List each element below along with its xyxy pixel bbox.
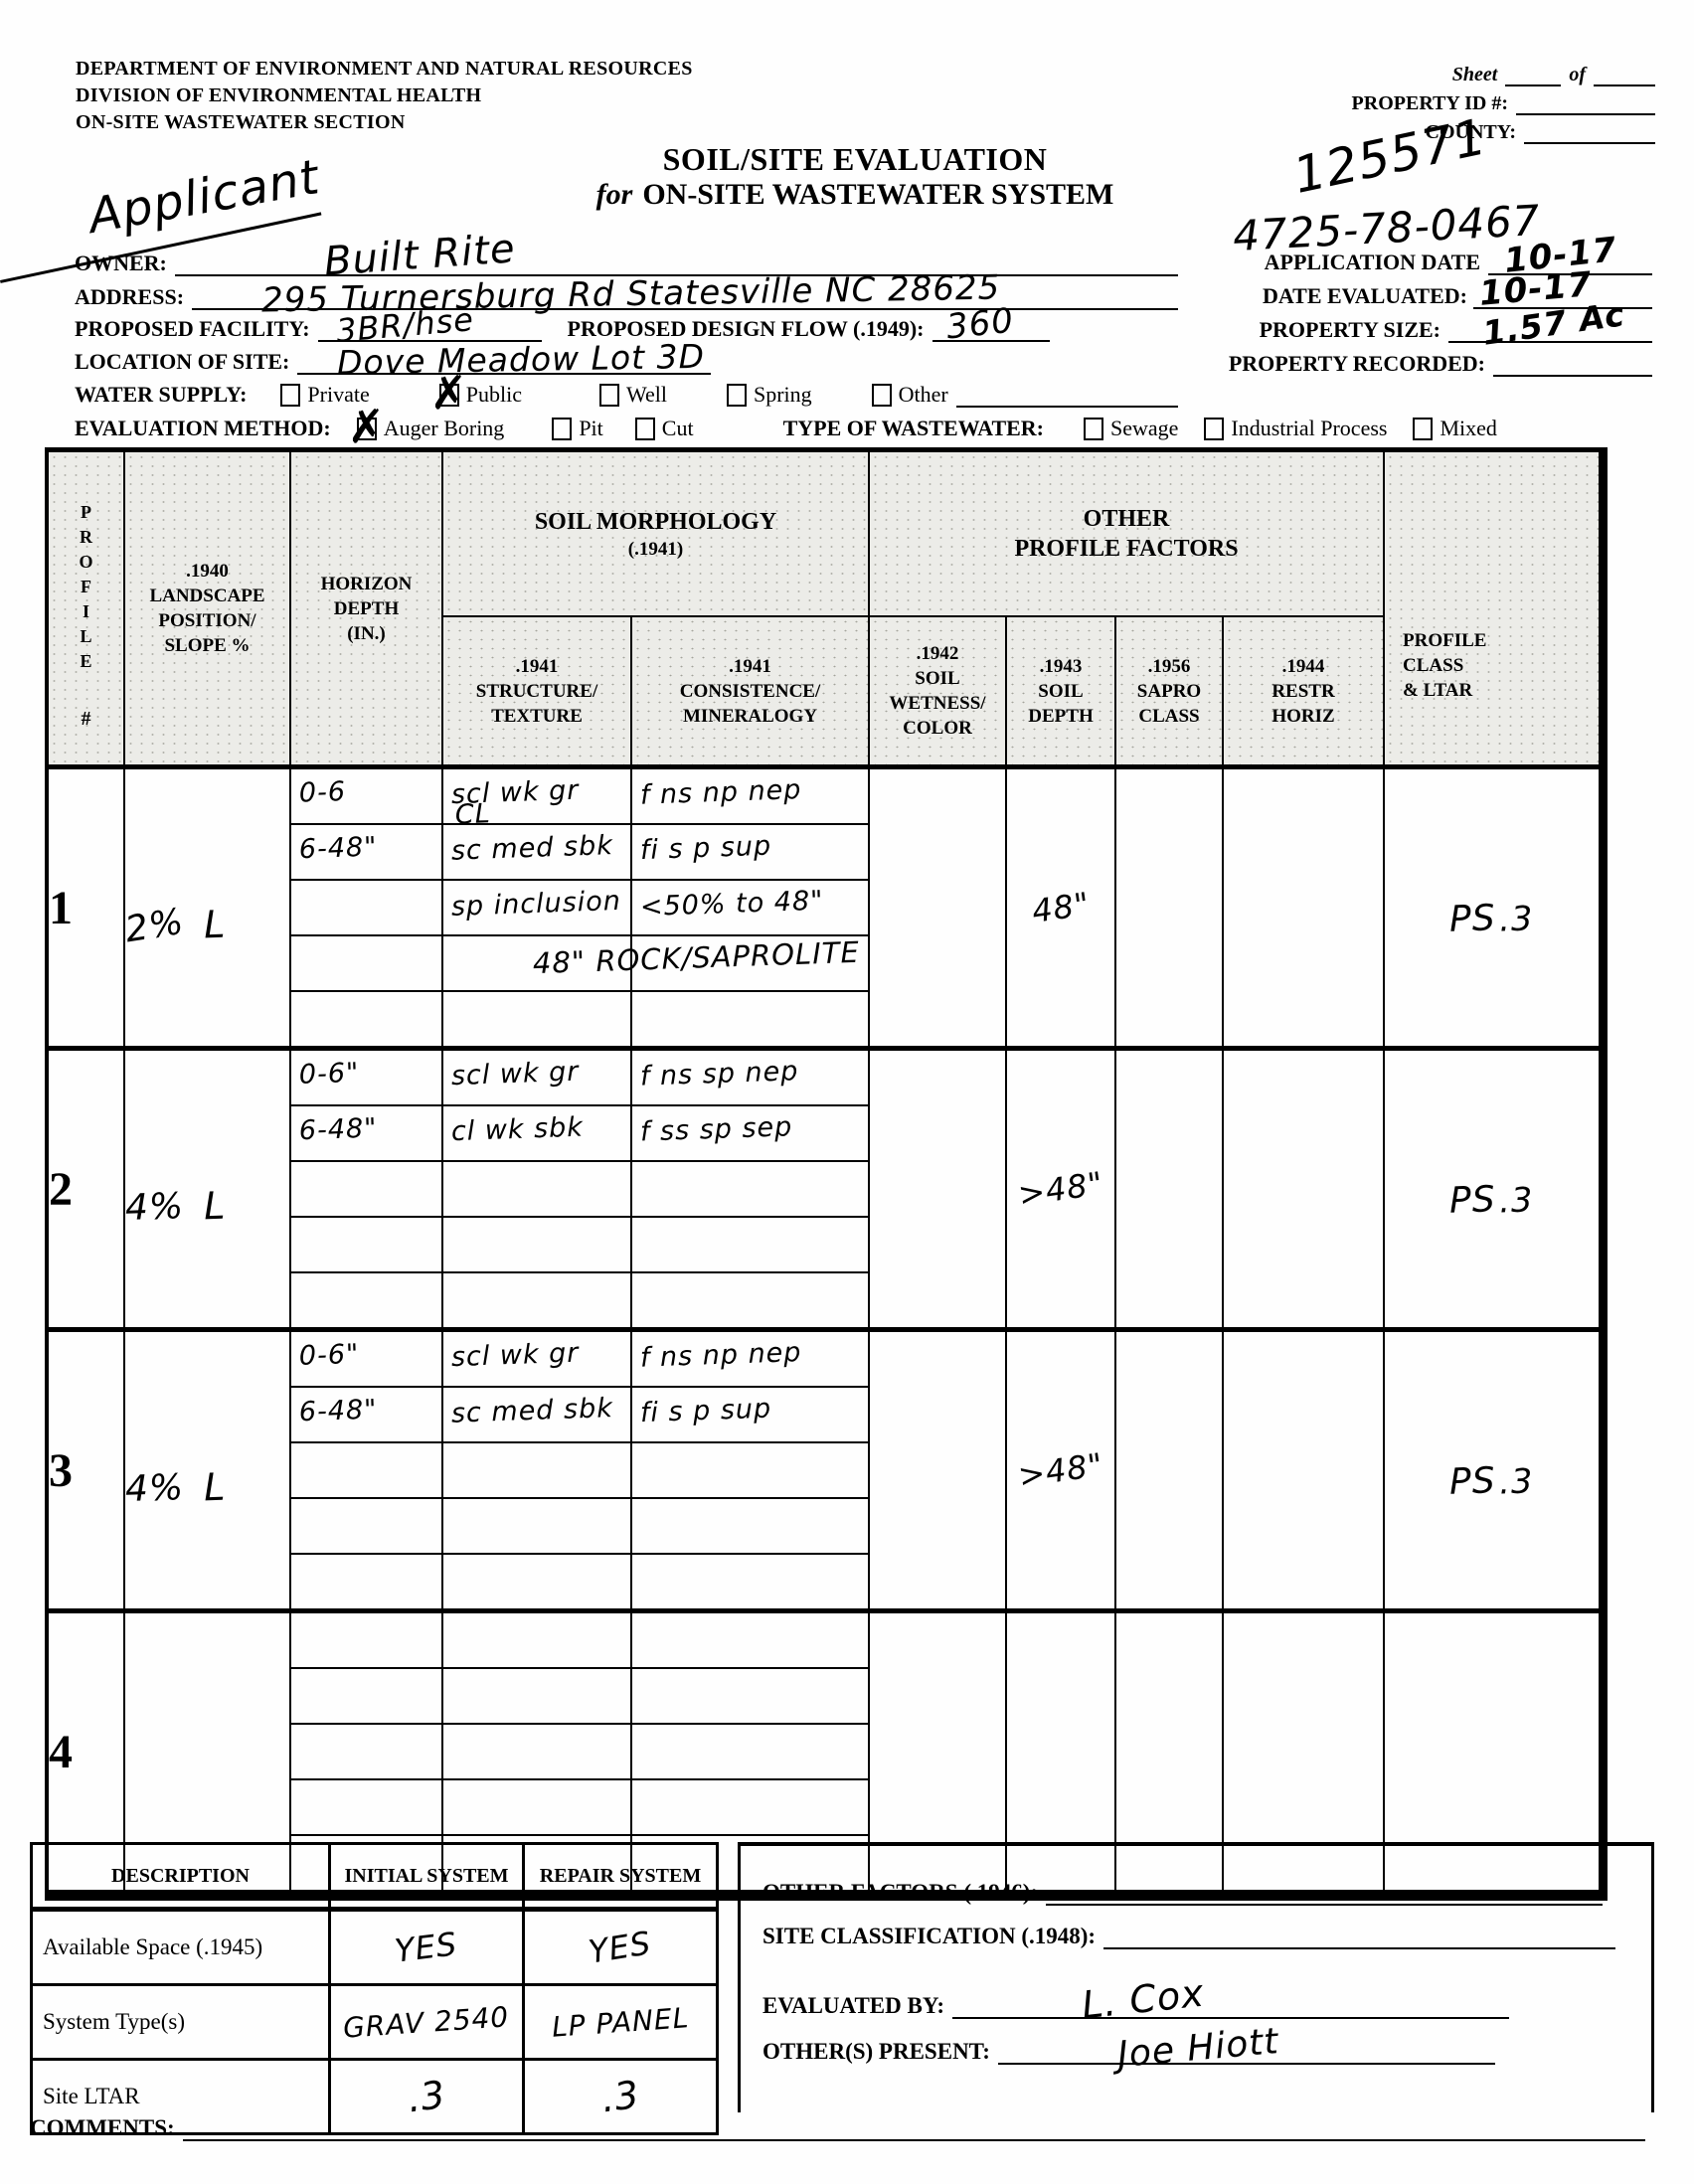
checkbox-ww-industrial: Industrial Process: [1204, 416, 1387, 441]
evaluation-signoff-box: OTHER FACTORS (.1946): SITE CLASSIFICATI…: [738, 1842, 1654, 2112]
consistence-value: fi s p sup: [631, 830, 772, 874]
header-horizon-depth: HORIZON DEPTH (IN.): [290, 450, 442, 767]
horizon-depth-cell: [290, 1779, 442, 1835]
form-title-line2: forON-SITE WASTEWATER SYSTEM: [497, 178, 1213, 212]
profile-class-cell: PS .3: [1384, 1049, 1603, 1330]
profile-ltar-value: .3: [1499, 1461, 1535, 1502]
consistence-value: [632, 1522, 640, 1530]
checkbox-water-spring: Spring: [727, 382, 812, 408]
value: GRAV 2540: [342, 2000, 510, 2045]
others-present-label: OTHER(S) PRESENT:: [762, 2039, 990, 2065]
sheet-of-label: of: [1569, 64, 1586, 86]
county-line: [1524, 118, 1655, 144]
horizon-depth-cell: 0-6": [290, 1049, 442, 1106]
horizon-depth-cell: [290, 1724, 442, 1779]
consistence-cell: [631, 1498, 869, 1554]
horizon-depth-cell: [290, 1668, 442, 1724]
water-supply-row: WATER SUPPLY: Private ✗ Public Well Spri…: [75, 382, 1178, 408]
horizon-depth-value: 6-48": [290, 1112, 378, 1154]
header-restrictive-horizon: .1944 RESTR HORIZ: [1223, 616, 1384, 766]
checkbox-water-public: ✗ Public: [439, 382, 522, 408]
others-present-row: OTHER(S) PRESENT: Joe Hiott: [762, 2033, 1615, 2065]
structure-cell: [442, 1668, 631, 1724]
comments-line: [183, 2113, 1645, 2141]
horizon-depth-value: [291, 1015, 299, 1023]
right-info-block: APPLICATION DATE 10-17 DATE EVALUATED: 1…: [1143, 242, 1652, 377]
other-factors-label: OTHER FACTORS (.1946):: [762, 1880, 1038, 1906]
structure-value: sc med sbk: [442, 830, 613, 875]
header-text: POSITION/: [125, 608, 289, 633]
available-space-initial: YES: [330, 1910, 524, 1985]
title-main-words: ON-SITE WASTEWATER SYSTEM: [642, 178, 1113, 211]
header-text: .1941: [443, 654, 630, 679]
header-text: MINERALOGY: [632, 704, 868, 729]
structure-note: CL: [446, 798, 491, 839]
structure-cell: [442, 991, 631, 1049]
soil-depth-cell: >48": [1006, 1049, 1115, 1330]
property-recorded-line: [1493, 351, 1652, 377]
header-text: (IN.): [291, 621, 441, 646]
header-soil-wetness-color: .1942 SOIL WETNESS/ COLOR: [869, 616, 1006, 766]
header-text: .1944: [1224, 654, 1383, 679]
soil-wetness-cell: [869, 1049, 1006, 1330]
structure-value: [443, 1578, 451, 1586]
landscape-cell: 4% L: [124, 1330, 290, 1611]
owner-row: OWNER: Built Rite: [75, 245, 1178, 276]
consistence-value: [632, 1803, 640, 1811]
structure-cell: [442, 1779, 631, 1835]
structure-cell: [442, 1161, 631, 1217]
horizon-depth-cell: 0-6": [290, 1330, 442, 1388]
consistence-value: [632, 959, 640, 967]
header-soil-depth: .1943 SOIL DEPTH: [1006, 616, 1115, 766]
checkbox-ww-sewage: Sewage: [1084, 416, 1178, 441]
profile-letter: P: [49, 500, 123, 525]
available-space-row: Available Space (.1945) YES YES: [32, 1910, 718, 1985]
soil-wetness-cell: [869, 767, 1006, 1049]
structure-value: [443, 1296, 451, 1304]
landscape-position-value: L: [203, 1465, 227, 1510]
horizon-depth-value: [291, 1803, 299, 1811]
agency-line-2: DIVISION OF ENVIRONMENTAL HEALTH: [76, 83, 693, 109]
structure-cell: [442, 1554, 631, 1611]
sapro-class-cell: [1115, 767, 1223, 1049]
structure-value: sc med sbk: [442, 1393, 613, 1437]
header-soil-morphology-group: SOIL MORPHOLOGY (.1941): [442, 450, 869, 617]
restrictive-horizon-cell: [1223, 1330, 1384, 1611]
profile-ltar-value: .3: [1499, 1180, 1535, 1221]
consistence-value: [632, 1748, 640, 1756]
profile-hash: #: [49, 708, 123, 731]
consistence-cell: <50% to 48": [631, 880, 869, 935]
header-text: SOIL MORPHOLOGY: [443, 507, 868, 537]
header-text: DEPTH: [291, 596, 441, 621]
landscape-position-value: L: [203, 903, 227, 947]
consistence-value: fi s p sup: [631, 1393, 772, 1436]
header-landscape: .1940 LANDSCAPE POSITION/ SLOPE %: [124, 450, 290, 767]
header-text: SLOPE %: [125, 633, 289, 658]
consistence-value: [632, 1015, 640, 1023]
checkbox-icon: ✗: [439, 384, 459, 407]
summary-col-initial: INITIAL SYSTEM: [330, 1844, 524, 1910]
consistence-cell: [631, 1554, 869, 1611]
checkbox-icon: ✗: [357, 418, 377, 440]
profile-letter: O: [49, 550, 123, 575]
evaluation-method-row: EVALUATION METHOD: ✗ Auger Boring Pit Cu…: [75, 416, 1635, 441]
structure-cell: sp inclusion: [442, 880, 631, 935]
horizon-depth-value: [291, 1692, 299, 1700]
horizon-depth-value: 6-48": [290, 1394, 378, 1435]
wastewater-type-label: TYPE OF WASTEWATER:: [783, 416, 1044, 441]
header-text: SAPRO: [1116, 679, 1222, 704]
checkbox-label: Well: [626, 382, 667, 408]
horizon-depth-value: 6-48": [290, 831, 378, 873]
checkbox-label: Other: [899, 382, 948, 408]
system-type-label: System Type(s): [32, 1985, 330, 2060]
horizon-depth-cell: [290, 880, 442, 935]
other-factors-line: [1046, 1874, 1603, 1906]
header-text: DEPTH: [1007, 704, 1114, 729]
design-flow-value: 360: [944, 301, 1016, 348]
header-text: HORIZON: [291, 572, 441, 596]
location-value: Dove Meadow Lot 3D: [337, 337, 706, 382]
landscape-position-value: L: [203, 1184, 227, 1229]
profile-class-value: PS: [1448, 1179, 1496, 1222]
horizon-depth-cell: [290, 1611, 442, 1669]
checkbox-label: Mixed: [1440, 416, 1496, 441]
checkbox-label: Cut: [662, 416, 694, 441]
header-profile-number: P R O F I L E #: [47, 450, 124, 767]
value: LP PANEL: [551, 2001, 690, 2044]
profile-letter: R: [49, 525, 123, 550]
evaluated-by-value: L. Cox: [1080, 1971, 1207, 2028]
summary-col-repair: REPAIR SYSTEM: [524, 1844, 718, 1910]
property-recorded-row: PROPERTY RECORDED:: [1143, 343, 1652, 377]
header-text: CONSISTENCE/: [632, 679, 868, 704]
soil-profile-table: P R O F I L E # .1940 LANDSCAPE POSITION…: [45, 447, 1608, 1901]
horizon-depth-cell: 6-48": [290, 1105, 442, 1161]
horizon-depth-cell: [290, 1161, 442, 1217]
structure-cell: scl wk gr: [442, 1330, 631, 1388]
sapro-class-cell: [1115, 1330, 1223, 1611]
header-structure-texture: .1941 STRUCTURE/ TEXTURE: [442, 616, 631, 766]
horizon-depth-cell: [290, 1554, 442, 1611]
structure-cell: [442, 1498, 631, 1554]
address-label: ADDRESS:: [75, 284, 184, 310]
horizon-depth-value: [291, 1578, 299, 1586]
structure-value: cl wk sbk: [442, 1111, 584, 1155]
checkbox-label: Sewage: [1110, 416, 1178, 441]
header-text: PROFILE FACTORS: [870, 534, 1383, 564]
horizon-depth-value: 0-6": [290, 1338, 360, 1379]
profile-letter: L: [49, 624, 123, 649]
consistence-cell: [631, 1272, 869, 1330]
header-other-profile-factors-group: OTHER PROFILE FACTORS: [869, 450, 1384, 617]
summary-header-row: DESCRIPTION INITIAL SYSTEM REPAIR SYSTEM: [32, 1844, 718, 1910]
checkbox-label: Spring: [754, 382, 812, 408]
horizon-depth-value: [291, 1748, 299, 1756]
consistence-cell: [631, 1611, 869, 1669]
horizon-depth-value: 0-6: [290, 776, 346, 817]
profile-class-cell: PS .3: [1384, 1330, 1603, 1611]
soil-depth-value: >48": [1016, 1164, 1106, 1214]
profile-number: 2: [47, 1049, 124, 1330]
structure-value: [443, 1748, 451, 1756]
horizon-depth-value: [291, 1466, 299, 1474]
header-text: (.1941): [443, 537, 868, 562]
structure-cell: [442, 1272, 631, 1330]
header-text: COLOR: [870, 716, 1005, 741]
sheet-label: Sheet: [1452, 64, 1498, 86]
horizon-depth-value: [291, 904, 299, 912]
consistence-cell: fi s p sup: [631, 1387, 869, 1442]
consistence-cell: [631, 1442, 869, 1498]
consistence-cell: f ns np nep: [631, 1330, 869, 1388]
profile-ltar-value: .3: [1499, 899, 1535, 939]
soil-depth-value: 48": [1029, 885, 1092, 930]
structure-value: [443, 1803, 451, 1811]
landscape-cell: 2% L: [124, 767, 290, 1049]
header-text: HORIZ: [1224, 704, 1383, 729]
consistence-cell: [631, 1668, 869, 1724]
sheet-number-line: [1505, 61, 1561, 86]
horizon-depth-value: 0-6": [290, 1057, 360, 1097]
soil-site-evaluation-form: DEPARTMENT OF ENVIRONMENT AND NATURAL RE…: [0, 0, 1694, 2184]
header-text: .1940: [125, 559, 289, 584]
comments-row: COMMENTS:: [30, 2113, 1645, 2141]
header-text: .1941: [632, 654, 868, 679]
property-recorded-label: PROPERTY RECORDED:: [1229, 351, 1485, 377]
soil-depth-cell: 48": [1006, 767, 1115, 1049]
consistence-value: [632, 1578, 640, 1586]
available-space-label: Available Space (.1945): [32, 1910, 330, 1985]
consistence-value: [632, 1692, 640, 1700]
structure-value: [443, 1636, 451, 1644]
checkbox-label: Industrial Process: [1231, 416, 1387, 441]
header-consistence-mineralogy: .1941 CONSISTENCE/ MINERALOGY: [631, 616, 869, 766]
header-text: & LTAR: [1403, 678, 1599, 703]
site-classification-line: [1103, 1918, 1615, 1949]
handwritten-applicant-note: Applicant: [85, 149, 324, 245]
structure-cell: [442, 1442, 631, 1498]
profile-class-value: PS: [1448, 898, 1496, 940]
value: YES: [393, 1925, 459, 1969]
consistence-cell: f ns sp nep: [631, 1049, 869, 1106]
header-text: OTHER: [870, 504, 1383, 534]
horizon-depth-value: [291, 1636, 299, 1644]
header-text: .1942: [870, 641, 1005, 666]
value: YES: [587, 1924, 654, 1970]
checkbox-water-other: Other: [872, 382, 948, 408]
location-line: Dove Meadow Lot 3D: [297, 343, 711, 375]
header-text: .1956: [1116, 654, 1222, 679]
header-text: LANDSCAPE: [125, 584, 289, 608]
slope-value: 4%: [124, 1186, 185, 1229]
header-text: SOIL: [870, 666, 1005, 691]
checkbox-icon: [1413, 418, 1433, 440]
property-size-line: 1.57 Ac: [1448, 317, 1652, 343]
structure-cell: cl wk sbk: [442, 1105, 631, 1161]
header-text: RESTR: [1224, 679, 1383, 704]
profile-letter: F: [49, 575, 123, 599]
consistence-value: f ns np nep: [631, 774, 802, 819]
header-text: .1943: [1007, 654, 1114, 679]
address-line: 295 Turnersburg Rd Statesville NC 28625: [192, 278, 1178, 310]
restrictive-horizon-cell: [1223, 1049, 1384, 1330]
consistence-cell: [631, 1724, 869, 1779]
property-size-row: PROPERTY SIZE: 1.57 Ac: [1143, 309, 1652, 343]
consistence-value: [632, 1466, 640, 1474]
horizon-depth-cell: [290, 1272, 442, 1330]
others-present-value: Joe Hiott: [1115, 2021, 1280, 2076]
checkbox-method-auger: ✗ Auger Boring: [357, 416, 505, 441]
profile-4-block: 4: [47, 1611, 1603, 1669]
checkbox-icon: [599, 384, 619, 407]
profile-number: 3: [47, 1330, 124, 1611]
property-size-label: PROPERTY SIZE:: [1260, 317, 1440, 343]
check-x-mark: ✗: [346, 403, 387, 449]
owner-line: Built Rite: [175, 245, 1178, 276]
slope-value: 2%: [122, 902, 187, 951]
system-summary-table: DESCRIPTION INITIAL SYSTEM REPAIR SYSTEM…: [30, 1842, 719, 2135]
consistence-value: f ns np nep: [631, 1337, 802, 1382]
structure-value: [443, 1522, 451, 1530]
checkbox-icon: [280, 384, 300, 407]
structure-value: [443, 1692, 451, 1700]
profile-letter: E: [49, 649, 123, 674]
owner-label: OWNER:: [75, 251, 167, 276]
profile-number: 1: [47, 767, 124, 1049]
soil-depth-value: >48": [1016, 1445, 1106, 1495]
consistence-value: f ns sp nep: [631, 1056, 799, 1100]
consistence-value: [632, 1636, 640, 1644]
structure-value: [443, 1241, 451, 1249]
proposed-facility-label: PROPOSED FACILITY:: [75, 316, 310, 342]
checkbox-label: Auger Boring: [384, 416, 505, 441]
agency-line-1: DEPARTMENT OF ENVIRONMENT AND NATURAL RE…: [76, 56, 693, 83]
header-sapro-class: .1956 SAPRO CLASS: [1115, 616, 1223, 766]
profile-class-cell: PS .3: [1384, 767, 1603, 1049]
property-id-line: [1516, 89, 1655, 115]
header-text: CLASS: [1116, 704, 1222, 729]
system-type-repair: LP PANEL: [524, 1985, 718, 2060]
others-present-line: Joe Hiott: [998, 2033, 1495, 2065]
consistence-cell: [631, 991, 869, 1049]
checkbox-icon: [727, 384, 747, 407]
form-title: SOIL/SITE EVALUATION forON-SITE WASTEWAT…: [497, 141, 1213, 212]
evaluated-by-line: L. Cox: [952, 1987, 1509, 2019]
header-text: WETNESS/: [870, 691, 1005, 716]
structure-cell: CL sc med sbk: [442, 824, 631, 880]
soil-wetness-cell: [869, 1330, 1006, 1611]
evaluated-by-row: EVALUATED BY: L. Cox: [762, 1987, 1615, 2019]
slope-value: 4%: [124, 1467, 185, 1510]
site-classification-row: SITE CLASSIFICATION (.1948):: [762, 1918, 1615, 1949]
structure-cell: [442, 1217, 631, 1272]
evaluated-by-label: EVALUATED BY:: [762, 1993, 944, 2019]
sapro-class-cell: [1115, 1049, 1223, 1330]
water-other-line: [956, 382, 1178, 408]
header-text: TEXTURE: [443, 704, 630, 729]
location-row: LOCATION OF SITE: Dove Meadow Lot 3D: [75, 343, 711, 375]
horizon-depth-cell: 0-6: [290, 767, 442, 825]
horizon-depth-cell: 6-48": [290, 824, 442, 880]
structure-cell: sc med sbk: [442, 1387, 631, 1442]
checkbox-icon: [872, 384, 892, 407]
form-title-line1: SOIL/SITE EVALUATION: [497, 141, 1213, 178]
soil-depth-cell: >48": [1006, 1330, 1115, 1611]
consistence-value: f ss sp sep: [631, 1111, 793, 1156]
checkbox-method-cut: Cut: [635, 416, 694, 441]
structure-value: scl wk gr: [442, 1056, 580, 1099]
horizon-depth-cell: 6-48": [290, 1387, 442, 1442]
structure-cell: [442, 1724, 631, 1779]
profile-letter: I: [49, 599, 123, 624]
profile-1-block: 1 2% L 0-6 scl wk gr f ns np nep 48" PS …: [47, 767, 1603, 825]
restrictive-horizon-cell: [1223, 767, 1384, 1049]
profile-2-block: 2 4% L 0-6" scl wk gr f ns sp nep >48" P…: [47, 1049, 1603, 1106]
location-label: LOCATION OF SITE:: [75, 349, 289, 375]
structure-value: sp inclusion: [442, 885, 621, 929]
available-space-repair: YES: [524, 1910, 718, 1985]
system-type-row: System Type(s) GRAV 2540 LP PANEL: [32, 1985, 718, 2060]
water-supply-label: WATER SUPPLY:: [75, 382, 247, 408]
header-text: PROFILE: [1403, 628, 1599, 653]
checkbox-icon: [1204, 418, 1224, 440]
horizon-depth-cell: [290, 935, 442, 991]
horizon-depth-cell: [290, 991, 442, 1049]
checkbox-ww-mixed: Mixed: [1413, 416, 1496, 441]
consistence-cell: [631, 1217, 869, 1272]
header-text: SOIL: [1007, 679, 1114, 704]
system-type-initial: GRAV 2540: [330, 1985, 524, 2060]
consistence-cell: [631, 1161, 869, 1217]
consistence-cell: f ns np nep: [631, 767, 869, 825]
horizon-depth-cell: [290, 1217, 442, 1272]
structure-value: scl wk gr: [442, 1337, 580, 1381]
checkbox-label: Public: [466, 382, 522, 408]
horizon-depth-value: [291, 1241, 299, 1249]
agency-header: DEPARTMENT OF ENVIRONMENT AND NATURAL RE…: [76, 56, 693, 136]
structure-value: [443, 1466, 451, 1474]
checkbox-icon: [1084, 418, 1103, 440]
horizon-depth-value: [291, 959, 299, 967]
checkbox-method-pit: Pit: [552, 416, 602, 441]
check-x-mark: ✗: [428, 369, 469, 416]
consistence-cell: f ss sp sep: [631, 1105, 869, 1161]
proposed-facility-line: 3BR/hse: [318, 310, 542, 342]
comments-label: COMMENTS:: [30, 2115, 175, 2141]
structure-cell: 48" ROCK/SAPROLITE: [442, 935, 631, 991]
design-flow-line: 360: [932, 310, 1050, 342]
evaluation-method-label: EVALUATION METHOD:: [75, 416, 331, 441]
sheet-row: Sheet of: [1302, 58, 1655, 86]
agency-line-3: ON-SITE WASTEWATER SECTION: [76, 109, 693, 136]
consistence-cell: fi s p sup: [631, 824, 869, 880]
header-profile-class-ltar: PROFILE CLASS & LTAR: [1384, 450, 1603, 767]
header-text: CLASS: [1403, 653, 1599, 678]
profile-class-value: PS: [1448, 1460, 1496, 1503]
structure-cell: scl wk gr: [442, 1049, 631, 1106]
summary-col-description: DESCRIPTION: [32, 1844, 330, 1910]
horizon-depth-cell: [290, 1442, 442, 1498]
horizon-depth-value: [291, 1185, 299, 1193]
consistence-cell: [631, 1779, 869, 1835]
header-text: STRUCTURE/: [443, 679, 630, 704]
property-id-label: PROPERTY ID #:: [1352, 92, 1508, 115]
consistence-value: [632, 1296, 640, 1304]
consistence-value: <50% to 48": [631, 885, 824, 930]
